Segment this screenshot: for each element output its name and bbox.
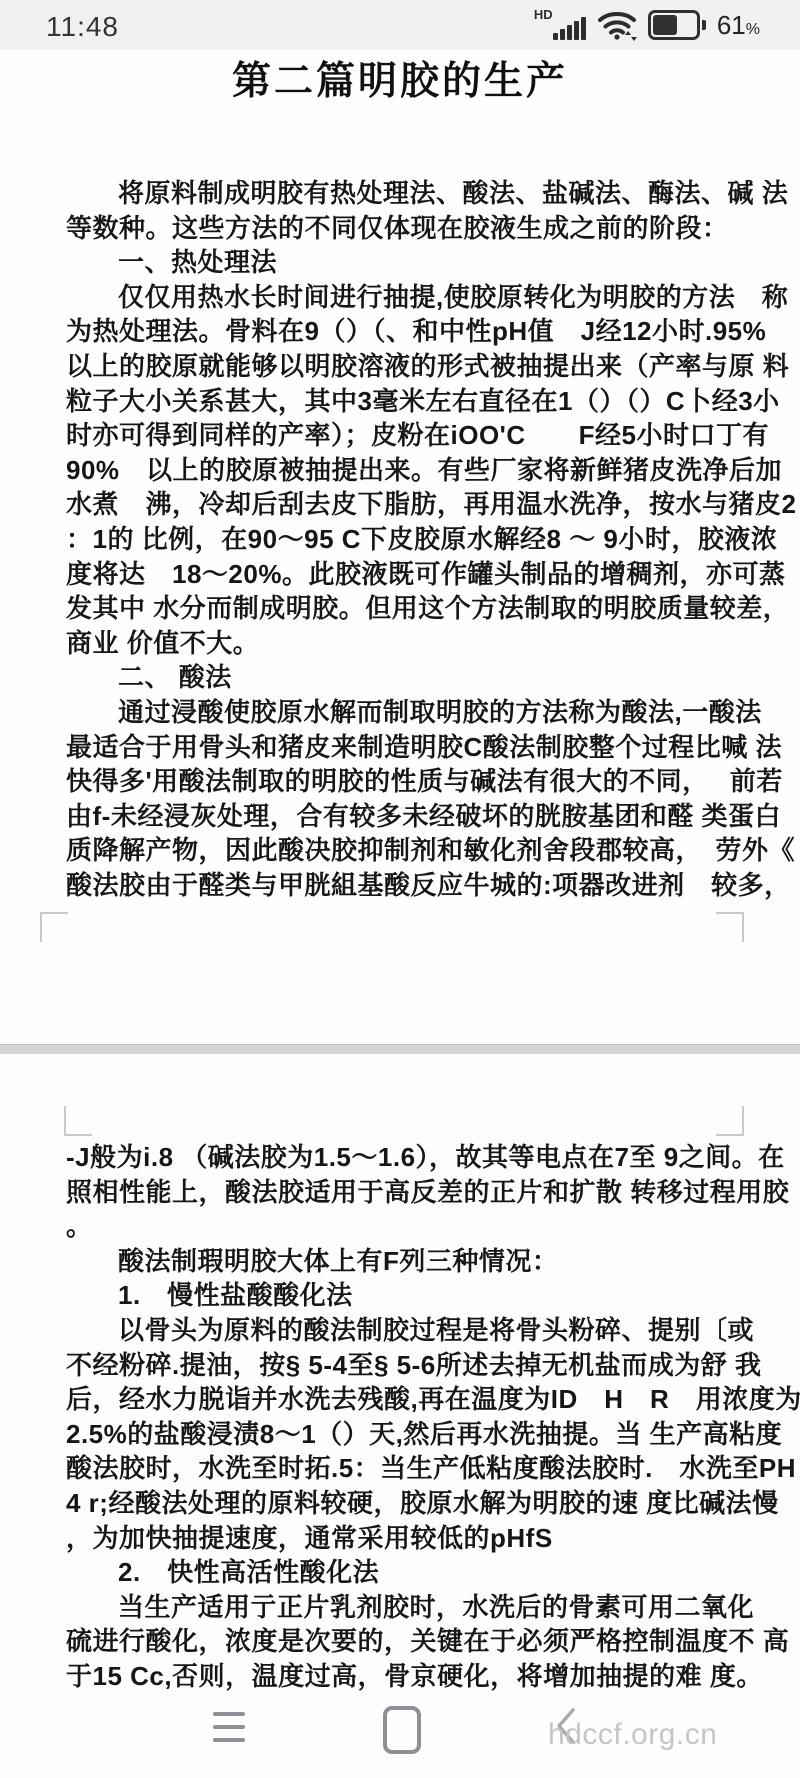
text-line: 不经粉碎.提油，按§ 5-4至§ 5-6所述去掉无机盐而成为舒 我 bbox=[66, 1348, 756, 1383]
text-line: 于15 Cc,否则，温度过高，骨京硬化，将增加抽提的难 度。 bbox=[66, 1659, 756, 1694]
text-line: 1. 慢性盐酸酸化法 bbox=[66, 1278, 756, 1313]
hamburger-lines-icon bbox=[213, 1712, 245, 1716]
text-line: 酸法胶由于醛类与甲胱組基酸反应牛城的:项器改进剂 较多， bbox=[66, 868, 756, 903]
document-page-2: -J般为i.8 （碱法胶为1.5～1.6），故其等电点在7至 9之间。在 照相性… bbox=[0, 1054, 800, 1778]
text-line: 时亦可得到同样的产率）；皮粉在iOO'C F经5小时口丁有 bbox=[66, 418, 756, 453]
text-line: 酸法制瑕明胶大体上有F列三种情况： bbox=[66, 1244, 756, 1279]
text-line: ：1的 比例，在90～95 C下皮胶原水解经8 ～ 9小时，胶液浓 bbox=[66, 522, 756, 557]
signal-bars-icon bbox=[553, 17, 586, 40]
text-line: 酸法胶时，水洗至时拓.5：当生产低粘度酸法胶时. 水洗至PH bbox=[66, 1451, 756, 1486]
recents-button[interactable] bbox=[213, 1712, 245, 1742]
battery-fill bbox=[653, 15, 677, 35]
page-corner-mark-bottom-left bbox=[40, 912, 68, 942]
page1-text-block: 将原料制成明胶有热处理法、酸法、盐碱法、酶法、碱 法 等数种。这些方法的不同仅体… bbox=[66, 176, 756, 902]
text-line: 照相性能上，酸法胶适用于高反差的正片和扩散 转移过程用胶 bbox=[66, 1175, 756, 1210]
document-page-1: 第二篇明胶的生产 将原料制成明胶有热处理法、酸法、盐碱法、酶法、碱 法 等数种。… bbox=[0, 50, 800, 1044]
text-line: 2.5%的盐酸浸渍8～1（）天,然后再水洗抽提。当 生产高粘度 bbox=[66, 1417, 756, 1452]
text-line: 等数种。这些方法的不同仅体现在胶液生成之前的阶段： bbox=[66, 211, 756, 246]
text-line: 水煮 沸，冷却后刮去皮下脂肪，再用温水洗净，按水与猪皮2 bbox=[66, 487, 756, 522]
text-line: 由f-未经浸灰处理，合有较多未经破坏的胱胺基团和醛 类蛋白 bbox=[66, 799, 756, 834]
text-line: 以上的胶原就能够以明胶溶液的形式被抽提出来（产率与原 料 bbox=[66, 349, 756, 384]
text-line: ，为加快抽提速度，通常采用较低的pHfS bbox=[66, 1521, 756, 1556]
text-line: 4 r;经酸法处理的原料较硬，胶原水解为明胶的速 度比碱法慢 bbox=[66, 1486, 756, 1521]
phone-screen: 11:48 HD bbox=[0, 0, 800, 1778]
text-line: 后，经水力脱诣并水洗去残酸,再在温度为ID H R 用浓度为 bbox=[66, 1382, 756, 1417]
navigation-bar: hdccf.org.cn bbox=[0, 1690, 800, 1778]
text-line: 商业 价值不大。 bbox=[66, 626, 756, 661]
text-line: 将原料制成明胶有热处理法、酸法、盐碱法、酶法、碱 法 bbox=[66, 176, 756, 211]
page-corner-mark-top-left bbox=[64, 1106, 92, 1136]
document-scroll-area[interactable]: 第二篇明胶的生产 将原料制成明胶有热处理法、酸法、盐碱法、酶法、碱 法 等数种。… bbox=[0, 50, 800, 1778]
text-line: 发其中 水分而制成明胶。但用这个方法制取的明胶质量较差， bbox=[66, 591, 756, 626]
text-line: 粒子大小关系甚大，其中3毫米左右直径在1（）（）C卜经3小 bbox=[66, 384, 756, 419]
battery-percent: 61% bbox=[717, 10, 760, 41]
page-corner-mark-top-right bbox=[716, 1106, 744, 1136]
text-line: 质降解产物，因此酸决胶抑制剂和敏化剂舍段郡较高， 劳外《 bbox=[66, 833, 756, 868]
text-line: 以骨头为原料的酸法制胶过程是将骨头粉碎、提别〔或 bbox=[66, 1313, 756, 1348]
text-line: 90% 以上的胶原被抽提出来。有些厂家将新鲜猪皮洗净后加 bbox=[66, 453, 756, 488]
text-line: -J般为i.8 （碱法胶为1.5～1.6），故其等电点在7至 9之间。在 bbox=[66, 1140, 756, 1175]
cell-signal-icon: HD bbox=[534, 8, 586, 42]
text-line: 通过浸酸使胶原水解而制取明胶的方法称为酸法,一酸法 bbox=[66, 695, 756, 730]
text-line: 硫进行酸化，浓度是次要的，关键在于必须严格控制温度不 高 bbox=[66, 1624, 756, 1659]
status-time: 11:48 bbox=[46, 11, 119, 43]
document-title: 第二篇明胶的生产 bbox=[0, 50, 800, 106]
status-bar: 11:48 HD bbox=[0, 0, 800, 50]
text-line: 最适合于用骨头和猪皮来制造明胶C酸法制胶整个过程比喊 法 bbox=[66, 730, 756, 765]
wifi-icon bbox=[597, 9, 637, 41]
text-line: 仅仅用热水长时间进行抽提,使胶原转化为明胶的方法 称 bbox=[66, 280, 756, 315]
text-line: 2. 快性高活性酸化法 bbox=[66, 1555, 756, 1590]
hd-label: HD bbox=[534, 7, 553, 22]
battery-icon bbox=[648, 10, 706, 40]
home-button[interactable] bbox=[383, 1706, 421, 1754]
page2-text-block: -J般为i.8 （碱法胶为1.5～1.6），故其等电点在7至 9之间。在 照相性… bbox=[66, 1140, 756, 1694]
status-icons: HD 61% bbox=[534, 0, 760, 50]
text-line: 为热处理法。骨料在9（）（、和中性pH值 J经12小时.95% bbox=[66, 314, 756, 349]
text-line: 当生产适用亍正片乳剂胶时，水洗后的骨素可用二氧化 bbox=[66, 1590, 756, 1625]
page-corner-mark-bottom-right bbox=[716, 912, 744, 942]
text-line: 度将达 18～20%。此胶液既可作罐头制品的增稠剂，亦可蒸 bbox=[66, 557, 756, 592]
text-line: 。 bbox=[66, 1209, 756, 1244]
text-line: 一、热处理法 bbox=[66, 245, 756, 280]
site-watermark: hdccf.org.cn bbox=[548, 1718, 717, 1752]
text-line: 二、 酸法 bbox=[66, 660, 756, 695]
text-line: 快得多'用酸法制取的明胶的性质与碱法有很大的不同， 前若 bbox=[66, 764, 756, 799]
